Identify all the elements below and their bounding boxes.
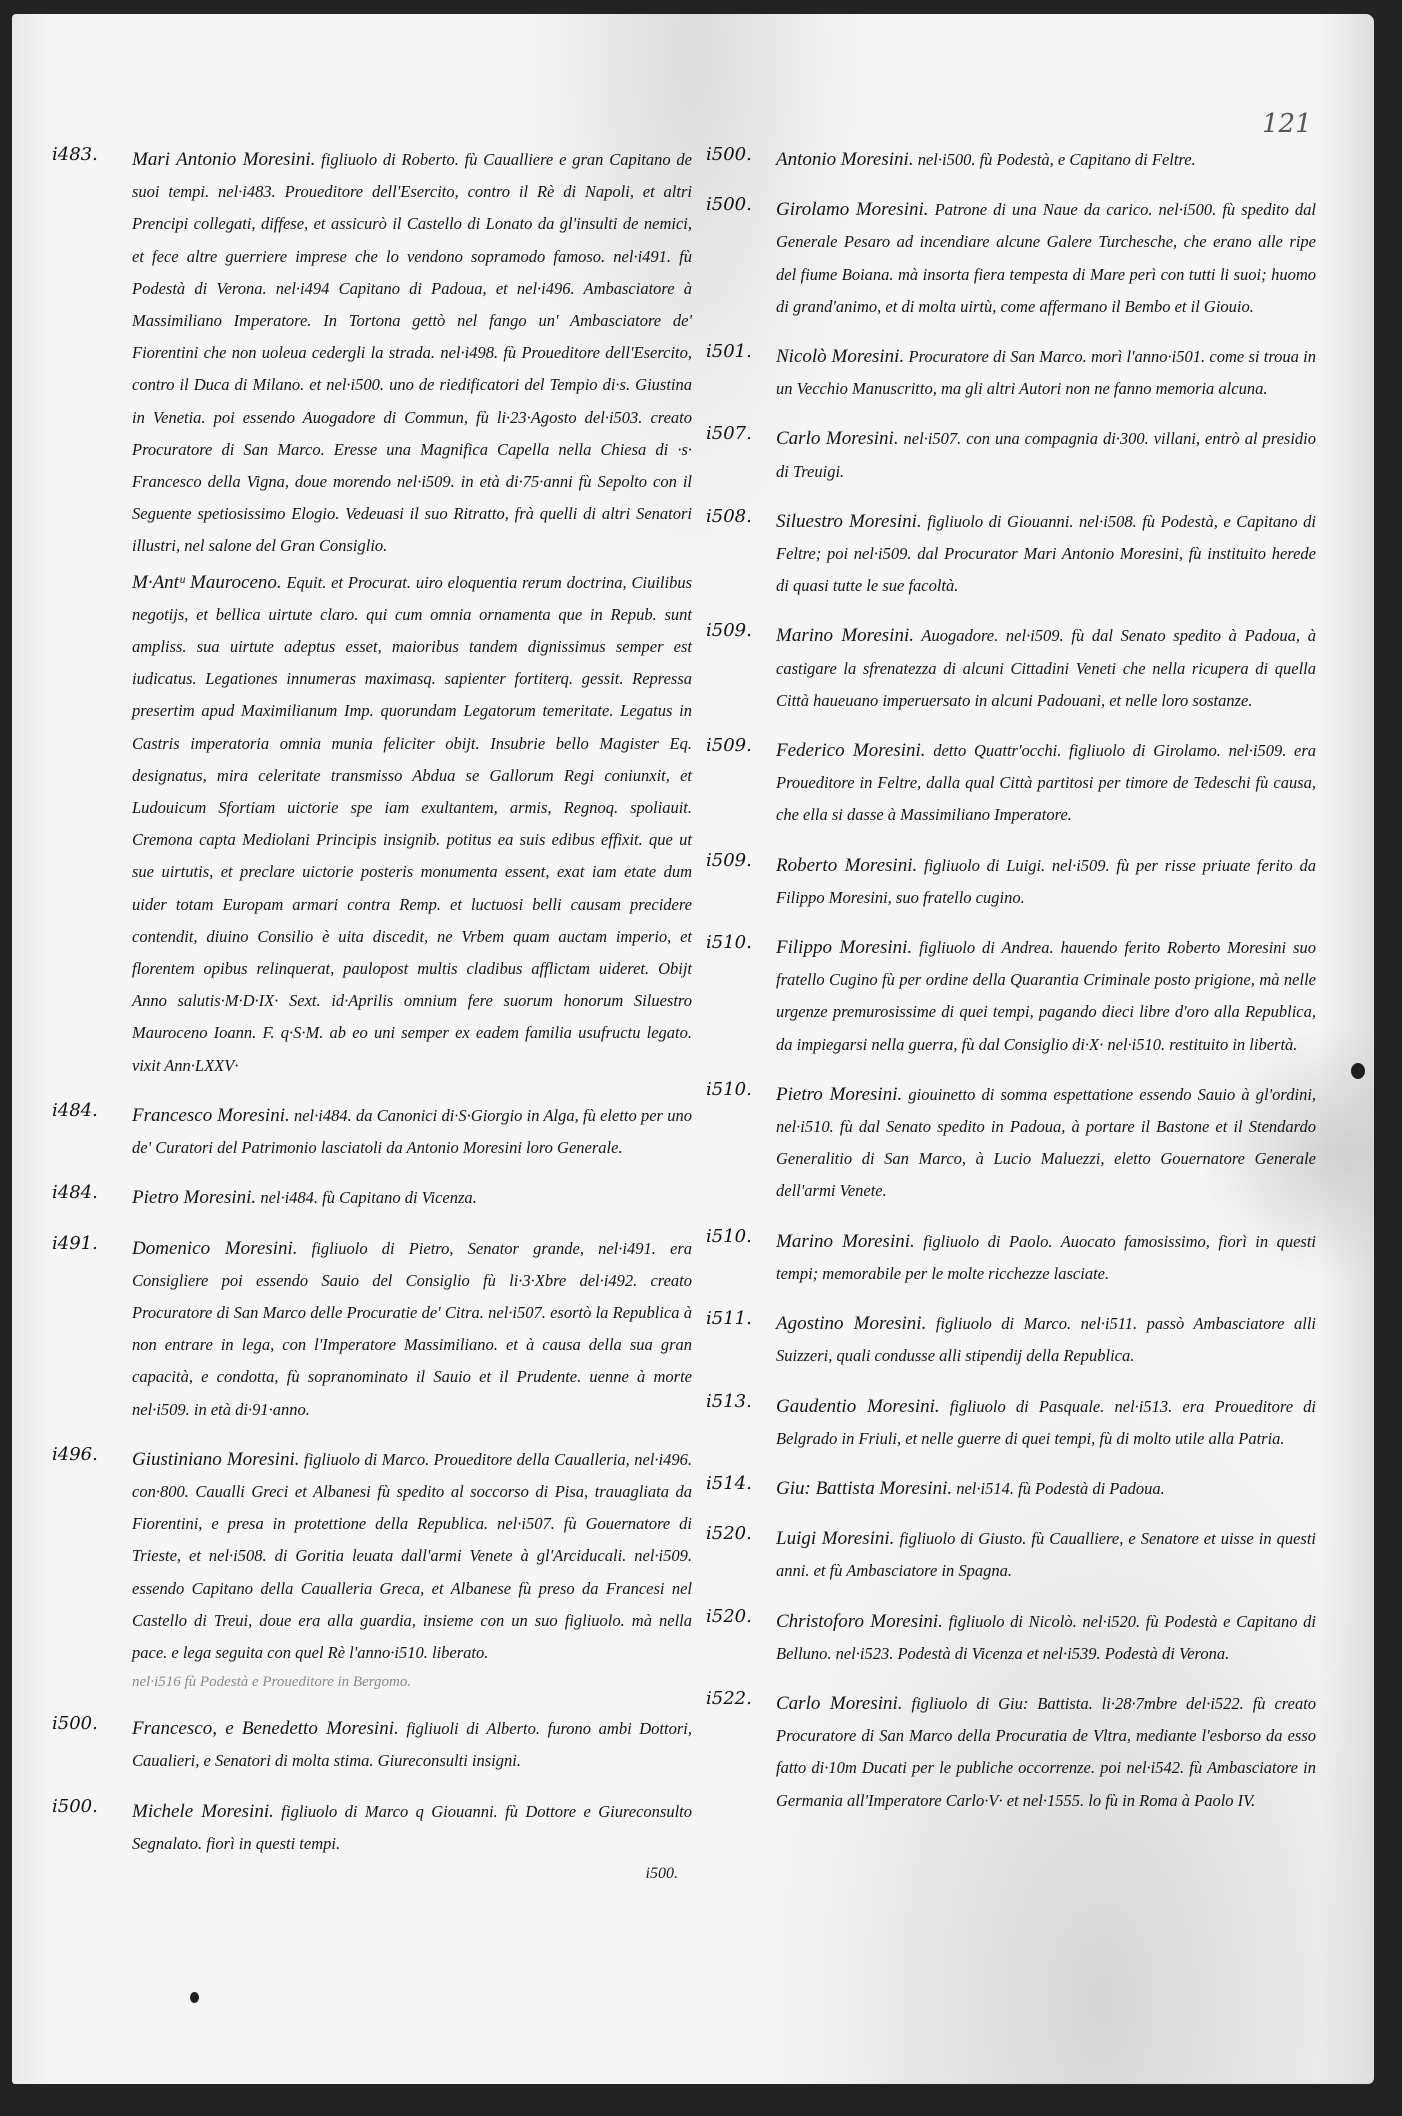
- entry-body: Michele Moresini. figliuolo di Marco q G…: [132, 1796, 692, 1860]
- entry-year: i484.: [52, 1182, 130, 1203]
- entry-text: figliuolo di Roberto. fù Caualliere e gr…: [132, 150, 692, 555]
- entry-christoforo-1520: i520. Christoforo Moresini. figliuolo di…: [706, 1606, 1316, 1670]
- entry-name: Marino Moresini.: [776, 1231, 915, 1252]
- entry-francesco-1484: i484. Francesco Moresini. nel·i484. da C…: [52, 1100, 692, 1164]
- entry-pietro-1484: i484. Pietro Moresini. nel·i484. fù Capi…: [52, 1182, 692, 1214]
- entry-body: Francesco, e Benedetto Moresini. figliuo…: [132, 1713, 692, 1777]
- entry-marino-1509: i509. Marino Moresini. Auogadore. nel·i5…: [706, 620, 1316, 717]
- entry-body: Filippo Moresini. figliuolo di Andrea. h…: [776, 932, 1316, 1061]
- entry-name: Francesco, e Benedetto Moresini.: [132, 1718, 399, 1739]
- entry-name: Federico Moresini.: [776, 740, 926, 761]
- entry-year: i507.: [706, 423, 776, 444]
- entry-year: i511.: [706, 1308, 776, 1329]
- entry-girolamo-1500: i500. Girolamo Moresini. Patrone di una …: [706, 194, 1316, 323]
- entry-body: Marino Moresini. Auogadore. nel·i509. fù…: [776, 620, 1316, 717]
- entry-body: Roberto Moresini. figliuolo di Luigi. ne…: [776, 850, 1316, 914]
- catchword: i500.: [52, 1860, 692, 1888]
- entry-pietro-1510: i510. Pietro Moresini. giouinetto di som…: [706, 1079, 1316, 1208]
- entry-body: Carlo Moresini. nel·i507. con una compag…: [776, 423, 1316, 487]
- later-annotation: nel·i516 fù Podestà e Proueditore in Ber…: [132, 1669, 692, 1695]
- entry-name: Giustiniano Moresini.: [132, 1449, 300, 1470]
- entry-year: i520.: [706, 1523, 776, 1544]
- entry-body: Giustiniano Moresini. figliuolo di Marco…: [132, 1444, 692, 1669]
- entry-name: Carlo Moresini.: [776, 1693, 903, 1714]
- entry-name: Gaudentio Moresini.: [776, 1396, 940, 1417]
- entry-agostino-1511: i511. Agostino Moresini. figliuolo di Ma…: [706, 1308, 1316, 1372]
- entry-nicolo-1501: i501. Nicolò Moresini. Procuratore di Sa…: [706, 341, 1316, 405]
- entry-roberto-1509: i509. Roberto Moresini. figliuolo di Lui…: [706, 850, 1316, 914]
- entry-year: i483.: [52, 144, 130, 165]
- entry-name: Marino Moresini.: [776, 625, 914, 646]
- entry-text: figliuolo di Pietro, Senator grande, nel…: [132, 1239, 692, 1419]
- entry-text: Equit. et Procurat. uiro eloquentia reru…: [132, 573, 692, 1075]
- entry-text: nel·i500. fù Podestà, e Capitano di Felt…: [918, 150, 1196, 169]
- entry-name: Giu: Battista Moresini.: [776, 1478, 952, 1499]
- entry-year: i513.: [706, 1391, 776, 1412]
- entry-body: Luigi Moresini. figliuolo di Giusto. fù …: [776, 1523, 1316, 1587]
- entry-body: Agostino Moresini. figliuolo di Marco. n…: [776, 1308, 1316, 1372]
- entry-luigi-1520: i520. Luigi Moresini. figliuolo di Giust…: [706, 1523, 1316, 1587]
- entry-mauroceno-epitaph: M·Antᵘ Mauroceno. Equit. et Procurat. ui…: [52, 567, 692, 1082]
- entry-body: Francesco Moresini. nel·i484. da Canonic…: [132, 1100, 692, 1164]
- entry-year: i514.: [706, 1473, 776, 1494]
- entry-body: M·Antᵘ Mauroceno. Equit. et Procurat. ui…: [132, 567, 692, 1082]
- entry-giu-battista-1514: i514. Giu: Battista Moresini. nel·i514. …: [706, 1473, 1316, 1505]
- entry-text: nel·i484. fù Capitano di Vicenza.: [260, 1188, 476, 1207]
- entry-body: Mari Antonio Moresini. figliuolo di Robe…: [132, 144, 692, 563]
- entry-name: Luigi Moresini.: [776, 1528, 894, 1549]
- entry-name: Siluestro Moresini.: [776, 511, 922, 532]
- entry-name: Girolamo Moresini.: [776, 199, 929, 220]
- entry-body: Federico Moresini. detto Quattr'occhi. f…: [776, 735, 1316, 832]
- folio-number: 121: [1262, 109, 1312, 139]
- entry-year: i508.: [706, 506, 776, 527]
- manuscript-page: 121 i483. Mari Antonio Moresini. figliuo…: [12, 14, 1374, 2084]
- entry-body: Carlo Moresini. figliuolo di Giu: Battis…: [776, 1688, 1316, 1817]
- entry-name: Francesco Moresini.: [132, 1105, 290, 1126]
- entry-body: Nicolò Moresini. Procuratore di San Marc…: [776, 341, 1316, 405]
- entry-year: i510.: [706, 932, 776, 953]
- entry-body: Marino Moresini. figliuolo di Paolo. Auo…: [776, 1226, 1316, 1290]
- left-column: i483. Mari Antonio Moresini. figliuolo d…: [52, 144, 692, 1906]
- entry-name: Pietro Moresini.: [776, 1084, 902, 1105]
- entry-antonio-1500: i500. Antonio Moresini. nel·i500. fù Pod…: [706, 144, 1316, 176]
- entry-year: i484.: [52, 1100, 130, 1121]
- entry-year: i500.: [52, 1713, 130, 1734]
- entry-year: i509.: [706, 620, 776, 641]
- entry-text: figliuolo di Marco. Proueditore della Ca…: [132, 1450, 692, 1662]
- right-column: i500. Antonio Moresini. nel·i500. fù Pod…: [706, 144, 1316, 1835]
- entry-name: Domenico Moresini.: [132, 1238, 298, 1259]
- entry-name: Antonio Moresini.: [776, 149, 914, 170]
- entry-name: Roberto Moresini.: [776, 855, 917, 876]
- entry-body: Gaudentio Moresini. figliuolo di Pasqual…: [776, 1391, 1316, 1455]
- entry-year: i500.: [706, 144, 776, 165]
- entry-name: Carlo Moresini.: [776, 428, 899, 449]
- entry-year: i520.: [706, 1606, 776, 1627]
- entry-body: Pietro Moresini. giouinetto di somma esp…: [776, 1079, 1316, 1208]
- entry-body: Siluestro Moresini. figliuolo di Giouann…: [776, 506, 1316, 603]
- entry-name: Mari Antonio Moresini.: [132, 149, 315, 170]
- entry-body: Girolamo Moresini. Patrone di una Naue d…: [776, 194, 1316, 323]
- entry-year: i496.: [52, 1444, 130, 1465]
- entry-text: nel·i514. fù Podestà di Padoua.: [956, 1479, 1165, 1498]
- entry-mari-antonio: i483. Mari Antonio Moresini. figliuolo d…: [52, 144, 692, 563]
- entry-giustiniano-1496: i496. Giustiniano Moresini. figliuolo di…: [52, 1444, 692, 1695]
- entry-name: Agostino Moresini.: [776, 1313, 926, 1334]
- entry-name: Michele Moresini.: [132, 1801, 274, 1822]
- entry-body: Christoforo Moresini. figliuolo di Nicol…: [776, 1606, 1316, 1670]
- entry-year: i501.: [706, 341, 776, 362]
- entry-name: Christoforo Moresini.: [776, 1611, 943, 1632]
- entry-siluestro-1508: i508. Siluestro Moresini. figliuolo di G…: [706, 506, 1316, 603]
- entry-body: Pietro Moresini. nel·i484. fù Capitano d…: [132, 1182, 692, 1214]
- entry-filippo-1510: i510. Filippo Moresini. figliuolo di And…: [706, 932, 1316, 1061]
- entry-carlo-1507: i507. Carlo Moresini. nel·i507. con una …: [706, 423, 1316, 487]
- entry-name: Nicolò Moresini.: [776, 346, 904, 367]
- entry-federico-1509: i509. Federico Moresini. detto Quattr'oc…: [706, 735, 1316, 832]
- ink-blot: [190, 1992, 199, 2003]
- entry-carlo-1522: i522. Carlo Moresini. figliuolo di Giu: …: [706, 1688, 1316, 1817]
- entry-domenico-1491: i491. Domenico Moresini. figliuolo di Pi…: [52, 1233, 692, 1426]
- ink-blot: [1351, 1063, 1365, 1079]
- entry-year: i510.: [706, 1226, 776, 1247]
- entry-year: i500.: [52, 1796, 130, 1817]
- entry-gaudentio-1513: i513. Gaudentio Moresini. figliuolo di P…: [706, 1391, 1316, 1455]
- entry-marino-1510: i510. Marino Moresini. figliuolo di Paol…: [706, 1226, 1316, 1290]
- entry-francesco-benedetto-1500: i500. Francesco, e Benedetto Moresini. f…: [52, 1713, 692, 1777]
- entry-name: Pietro Moresini.: [132, 1187, 256, 1208]
- entry-year: i500.: [706, 194, 776, 215]
- entry-michele-1500: i500. Michele Moresini. figliuolo di Mar…: [52, 1796, 692, 1888]
- entry-year: i491.: [52, 1233, 130, 1254]
- entry-body: Antonio Moresini. nel·i500. fù Podestà, …: [776, 144, 1316, 176]
- entry-body: Domenico Moresini. figliuolo di Pietro, …: [132, 1233, 692, 1426]
- entry-year: i522.: [706, 1688, 776, 1709]
- entry-year: i509.: [706, 735, 776, 756]
- entry-body: Giu: Battista Moresini. nel·i514. fù Pod…: [776, 1473, 1316, 1505]
- entry-year: i510.: [706, 1079, 776, 1100]
- entry-name: Filippo Moresini.: [776, 937, 912, 958]
- entry-name: M·Antᵘ Mauroceno.: [132, 572, 282, 593]
- entry-year: i509.: [706, 850, 776, 871]
